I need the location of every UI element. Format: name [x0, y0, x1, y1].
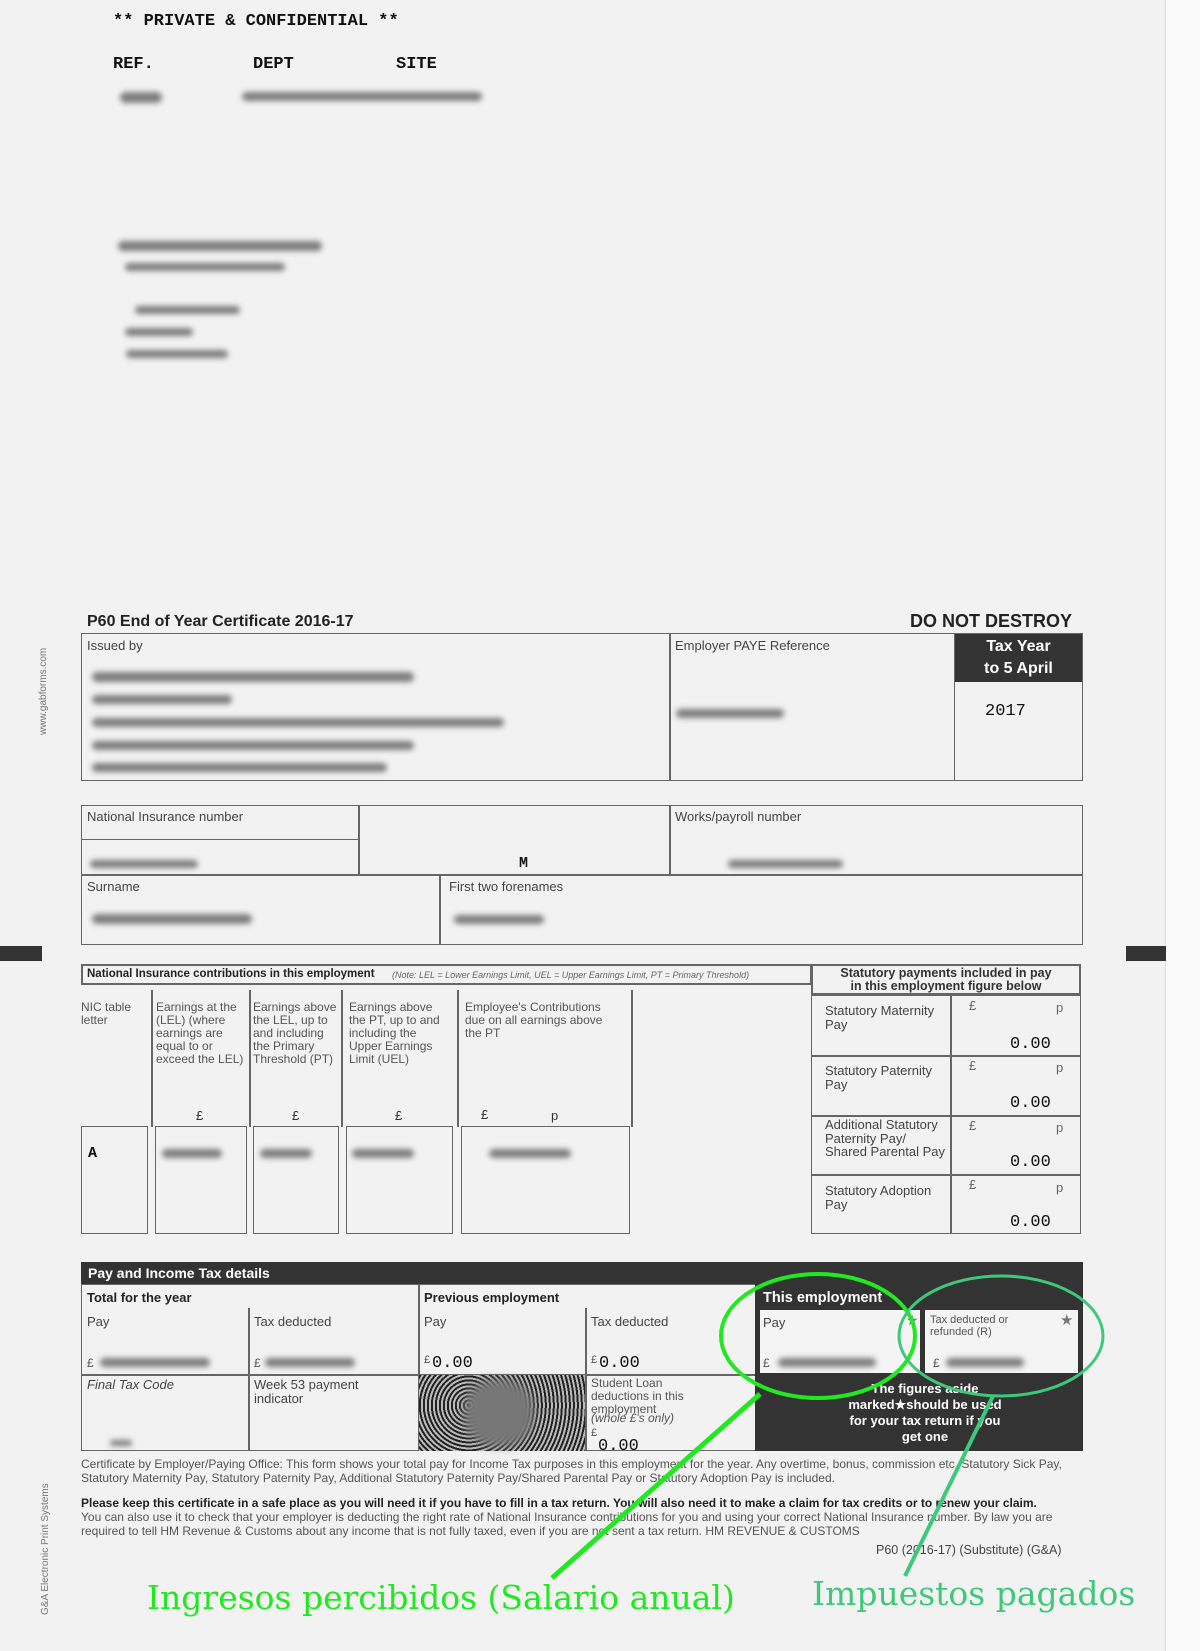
- tax-annotation: Impuestos pagados: [812, 1574, 1135, 1613]
- annotation-overlay: [0, 0, 1200, 1651]
- income-pointer-line: [552, 1394, 760, 1578]
- tax-highlight-circle: [899, 1276, 1103, 1396]
- income-highlight-circle: [721, 1274, 915, 1398]
- tax-pointer-line: [905, 1396, 993, 1576]
- income-annotation: Ingresos percibidos (Salario anual): [147, 1578, 735, 1617]
